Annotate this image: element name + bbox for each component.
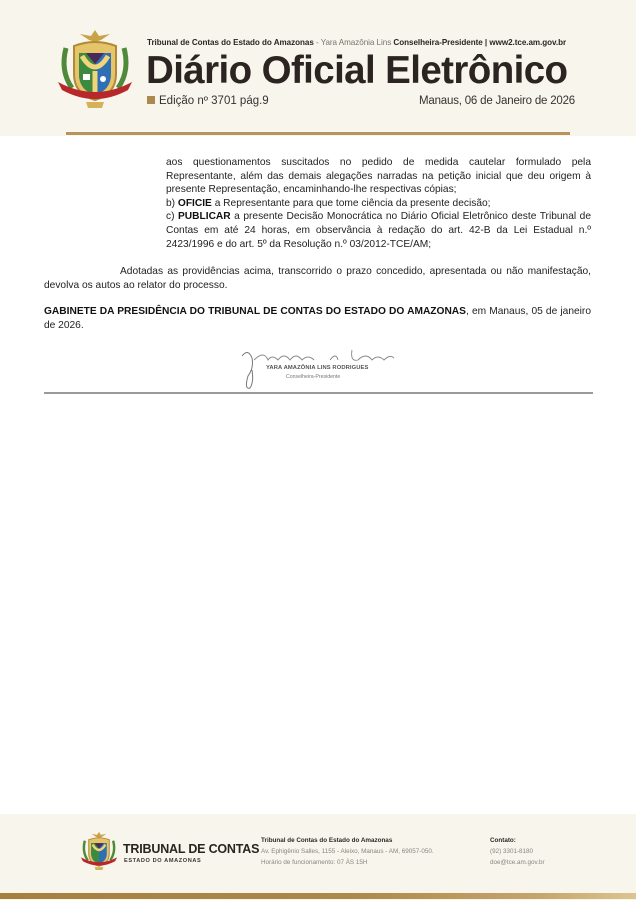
content-end-divider — [44, 392, 593, 394]
coat-of-arms-icon — [52, 26, 138, 112]
paragraph-continuation: aos questionamentos suscitados no pedido… — [166, 156, 591, 197]
street-address: Av. Ephigênio Salles, 1155 - Aleixo, Man… — [261, 846, 434, 857]
address-heading: Tribunal de Contas do Estado do Amazonas — [261, 835, 434, 846]
signatory-role: Conselheira-Presidente — [286, 374, 340, 380]
footer-address: Tribunal de Contas do Estado do Amazonas… — [261, 835, 434, 868]
footer-gold-bar — [0, 893, 636, 899]
footer-contact: Contato: (92) 3301-8180 doe@tce.am.gov.b… — [490, 835, 545, 868]
header-divider — [66, 132, 570, 135]
footer-coat-of-arms-icon — [78, 830, 120, 872]
issue-date: Manaus, 06 de Janeiro de 2026 — [419, 95, 575, 107]
contact-heading: Contato: — [490, 835, 545, 846]
footer-brand-subtitle: ESTADO DO AMAZONAS — [124, 858, 201, 864]
website-link[interactable]: www2.tce.am.gov.br — [489, 38, 566, 47]
page-header: Tribunal de Contas do Estado do Amazonas… — [0, 0, 636, 136]
institution-name: Tribunal de Contas do Estado do Amazonas — [147, 38, 314, 47]
item-b: b) OFICIE a Representante para que tome … — [166, 197, 591, 211]
decision-items: aos questionamentos suscitados no pedido… — [166, 156, 591, 251]
signature-block: YARA AMAZÔNIA LINS RODRIGUES Conselheira… — [234, 346, 404, 392]
opening-hours: Horário de funcionamento: 07 ÀS 15H — [261, 857, 434, 868]
signoff-paragraph: GABINETE DA PRESIDÊNCIA DO TRIBUNAL DE C… — [44, 305, 591, 332]
contact-phone[interactable]: (92) 3301-8180 — [490, 846, 545, 857]
closing-paragraph: Adotadas as providências acima, transcor… — [44, 265, 591, 292]
signoff-office: GABINETE DA PRESIDÊNCIA DO TRIBUNAL DE C… — [44, 306, 466, 317]
president-role: Conselheira-Presidente — [393, 38, 482, 47]
edition-label: Edição nº 3701 pág.9 — [147, 95, 269, 107]
page-title: Diário Oficial Eletrônico — [146, 49, 567, 93]
president-name: Yara Amazônia Lins — [321, 38, 392, 47]
signatory-name: YARA AMAZÔNIA LINS RODRIGUES — [266, 365, 368, 371]
square-bullet-icon — [147, 96, 155, 104]
header-subtitle: Tribunal de Contas do Estado do Amazonas… — [147, 38, 566, 47]
contact-email[interactable]: doe@tce.am.gov.br — [490, 857, 545, 868]
footer-brand: TRIBUNAL DE CONTAS — [123, 842, 259, 856]
item-c: c) PUBLICAR a presente Decisão Monocráti… — [166, 210, 591, 251]
